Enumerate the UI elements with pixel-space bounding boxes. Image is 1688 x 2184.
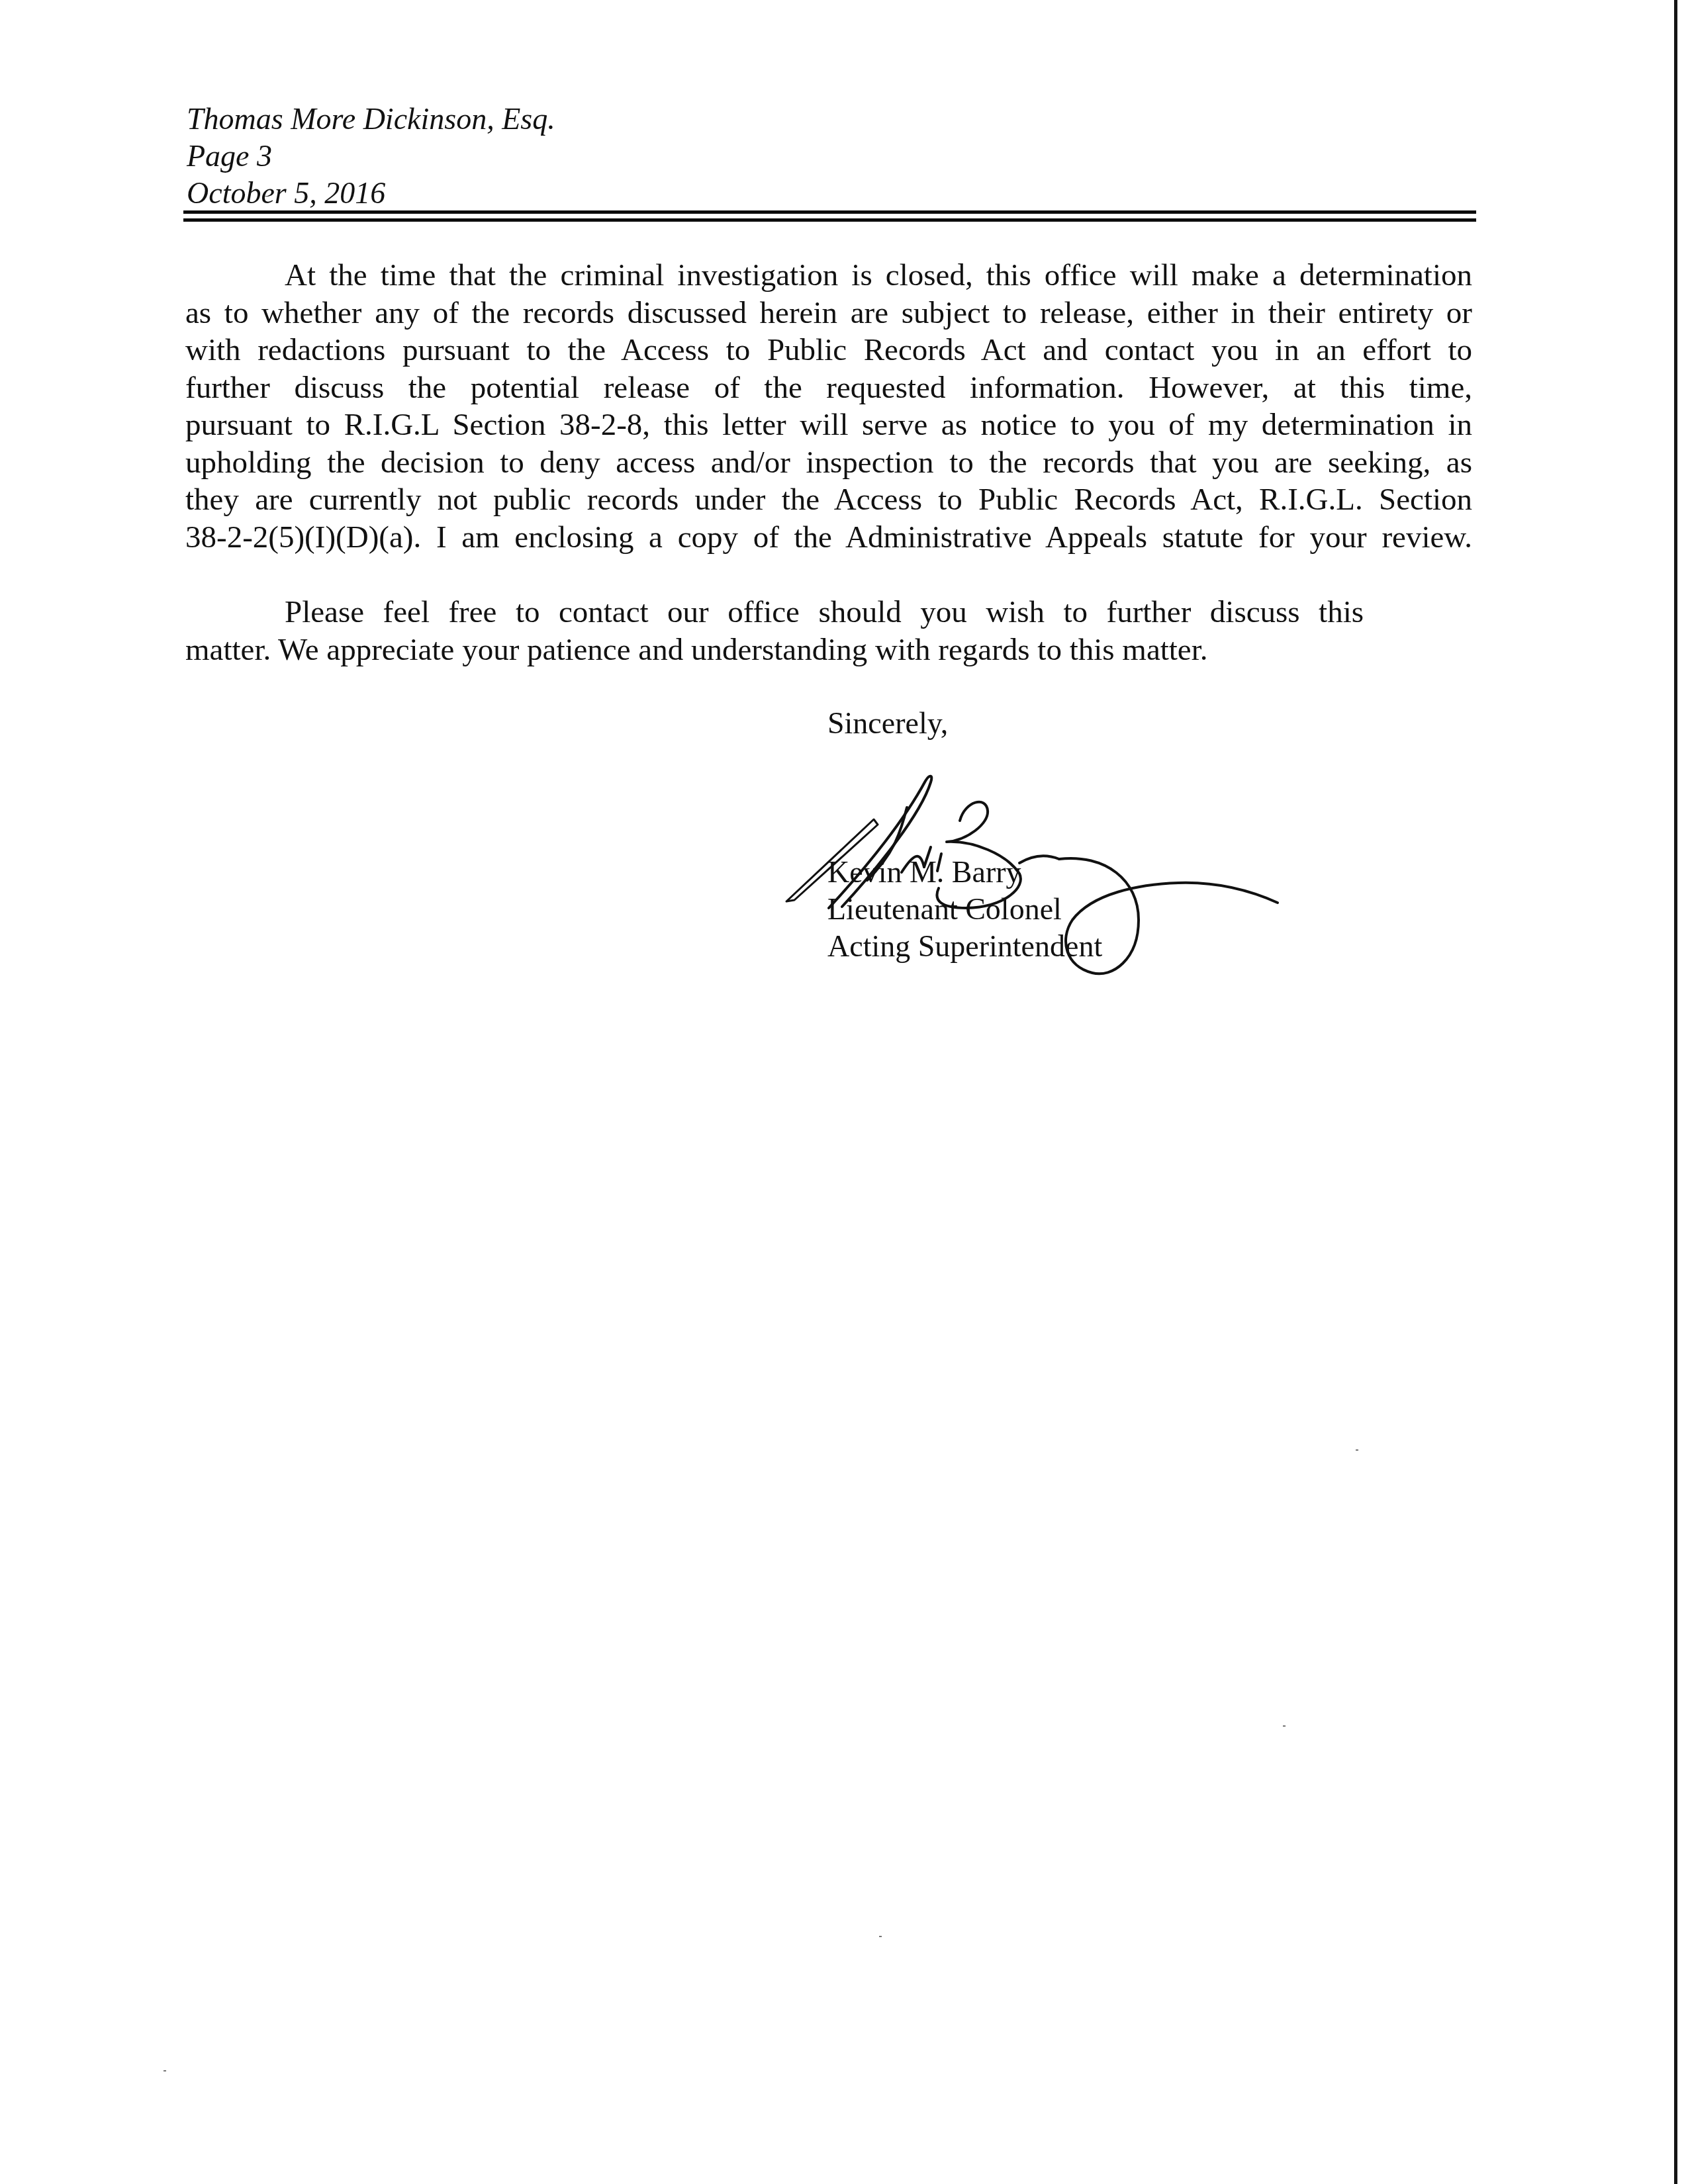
header-rule-bottom: [183, 218, 1476, 222]
paragraph-line: At the time that the criminal investigat…: [185, 257, 1472, 295]
signer-title: Acting Superintendent: [827, 928, 1102, 965]
paragraph-line: upholding the decision to deny access an…: [185, 444, 1472, 482]
scan-speck: [1356, 1449, 1358, 1451]
signer-name: Kevin M. Barry: [827, 854, 1102, 891]
page-number: Page 3: [187, 138, 555, 175]
paragraph-line: pursuant to R.I.G.L Section 38-2-8, this…: [185, 406, 1472, 444]
paragraph-line: further discuss the potential release of…: [185, 369, 1472, 407]
paragraph-contact: Please feel free to contact our office s…: [185, 594, 1364, 668]
paragraph-determination: At the time that the criminal investigat…: [185, 257, 1472, 556]
scan-speck: [879, 1936, 882, 1937]
letter-date: October 5, 2016: [187, 175, 555, 212]
closing-salutation: Sincerely,: [827, 705, 948, 742]
signature-block: Kevin M. Barry Lieutenant Colonel Acting…: [827, 854, 1102, 965]
paragraph-line: Please feel free to contact our office s…: [185, 594, 1364, 631]
paragraph-line: they are currently not public records un…: [185, 481, 1472, 519]
paragraph-line: as to whether any of the records discuss…: [185, 295, 1472, 332]
scan-speck: [1283, 1725, 1286, 1727]
header-rule-top: [183, 210, 1476, 214]
letter-header: Thomas More Dickinson, Esq. Page 3 Octob…: [187, 101, 555, 212]
paragraph-line: matter. We appreciate your patience and …: [185, 631, 1364, 669]
paragraph-line: with redactions pursuant to the Access t…: [185, 332, 1472, 369]
signer-rank: Lieutenant Colonel: [827, 891, 1102, 928]
page-edge-line: [1674, 0, 1677, 2184]
paragraph-line: 38-2-2(5)(I)(D)(a). I am enclosing a cop…: [185, 519, 1472, 557]
recipient-name: Thomas More Dickinson, Esq.: [187, 101, 555, 138]
scan-speck: [164, 2070, 166, 2071]
